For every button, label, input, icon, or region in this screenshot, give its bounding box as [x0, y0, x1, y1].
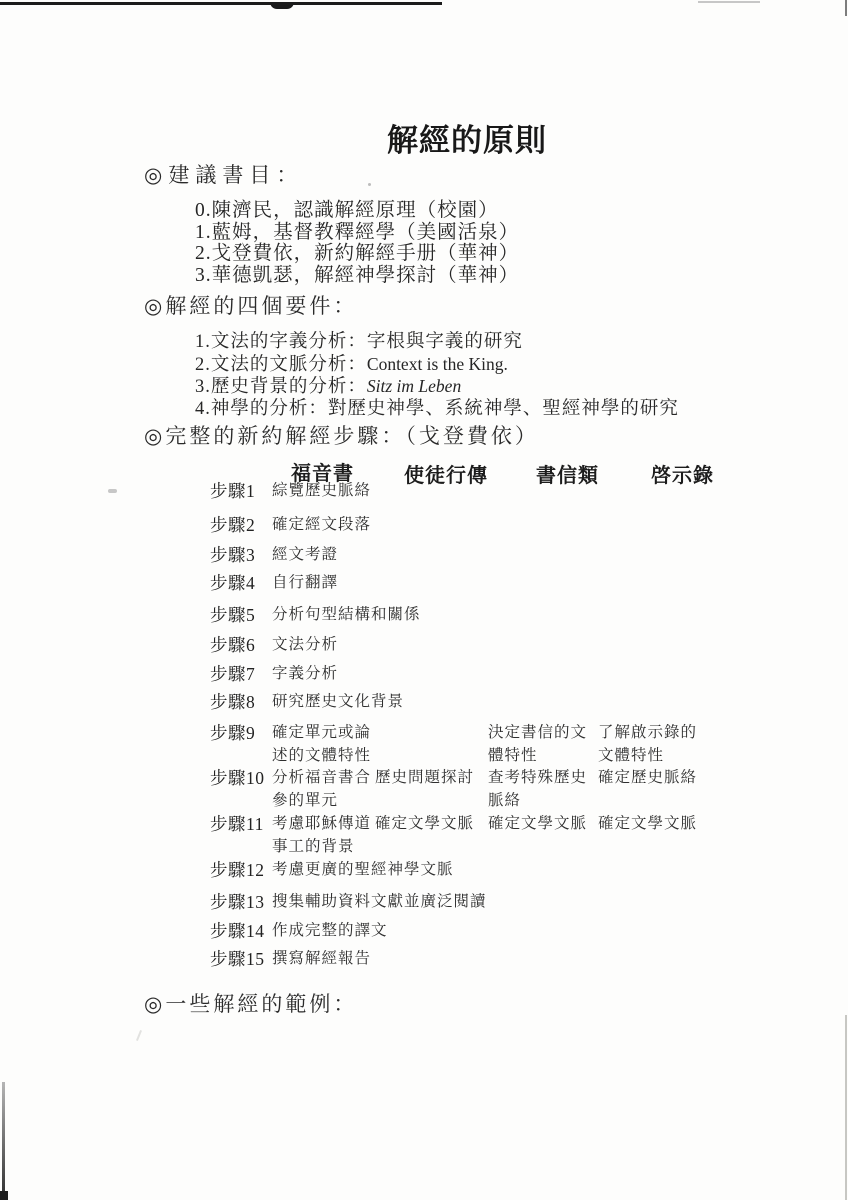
step-label: 步驟10: [210, 765, 265, 790]
table-cell: 撰寫解經報告: [272, 947, 371, 970]
step-label: 步驟13: [210, 889, 265, 914]
step-label: 步驟6: [210, 632, 255, 657]
table-cell: 作成完整的譯文: [272, 919, 388, 942]
table-cell: 決定書信的文體特性: [488, 721, 592, 767]
document-page: 解經的原則 ◎建議書目： 0.陳濟民，認識解經原理（校園） 1.藍姆，基督教釋經…: [0, 0, 848, 1200]
table-cell: 字義分析: [272, 662, 338, 685]
scan-artifact-left-line: [2, 1082, 5, 1200]
table-cell: 查考特殊歷史脈絡: [488, 766, 592, 812]
table-cell: 確定文學文脈: [488, 812, 592, 835]
table-cell: 自行翻譯: [272, 571, 338, 594]
table-cell: 研究歷史文化背景: [272, 690, 404, 713]
table-cell: 確定單元或論述的文體特性: [272, 721, 376, 767]
step-label: 步驟14: [210, 918, 265, 943]
step-label: 步驟4: [210, 570, 255, 595]
steps-table: 步驟1綜覽歷史脈絡步驟2確定經文段落步驟3經文考證步驟4自行翻譯步驟5分析句型結…: [210, 0, 848, 1200]
table-cell: 了解啟示錄的文體特性: [598, 721, 702, 767]
table-cell: 考慮耶穌傳道事工的背景: [272, 812, 376, 858]
step-label: 步驟8: [210, 689, 255, 714]
table-cell: 分析福音書合參的單元: [272, 766, 376, 812]
table-cell: 文法分析: [272, 633, 338, 656]
table-cell: 綜覽歷史脈絡: [272, 479, 371, 502]
table-cell: 考慮更廣的聖經神學文脈: [272, 858, 454, 881]
table-cell: 確定歷史脈絡: [598, 766, 702, 789]
step-label: 步驟11: [210, 811, 264, 836]
step-label: 步驟7: [210, 661, 255, 686]
step-label: 步驟9: [210, 720, 255, 745]
table-cell: 歷史問題探討: [375, 766, 479, 789]
table-cell: 確定經文段落: [272, 513, 371, 536]
table-cell: 確定文學文脈: [598, 812, 702, 835]
step-label: 步驟3: [210, 542, 255, 567]
section-heading-examples: ◎一些解經的範例：: [144, 988, 357, 1018]
scan-artifact-speck: [136, 1030, 142, 1041]
scan-artifact-speck: [108, 489, 117, 493]
table-cell: 確定文學文脈: [375, 812, 479, 835]
table-cell: 搜集輔助資料文獻並廣泛閱讀: [272, 890, 487, 913]
table-cell: 經文考證: [272, 543, 338, 566]
step-label: 步驟12: [210, 857, 265, 882]
table-cell: 分析句型結構和關係: [272, 603, 421, 626]
step-label: 步驟5: [210, 602, 255, 627]
scan-artifact-left-blob: [0, 1191, 8, 1200]
step-label: 步驟15: [210, 946, 265, 971]
step-label: 步驟1: [210, 478, 255, 503]
step-label: 步驟2: [210, 512, 255, 537]
